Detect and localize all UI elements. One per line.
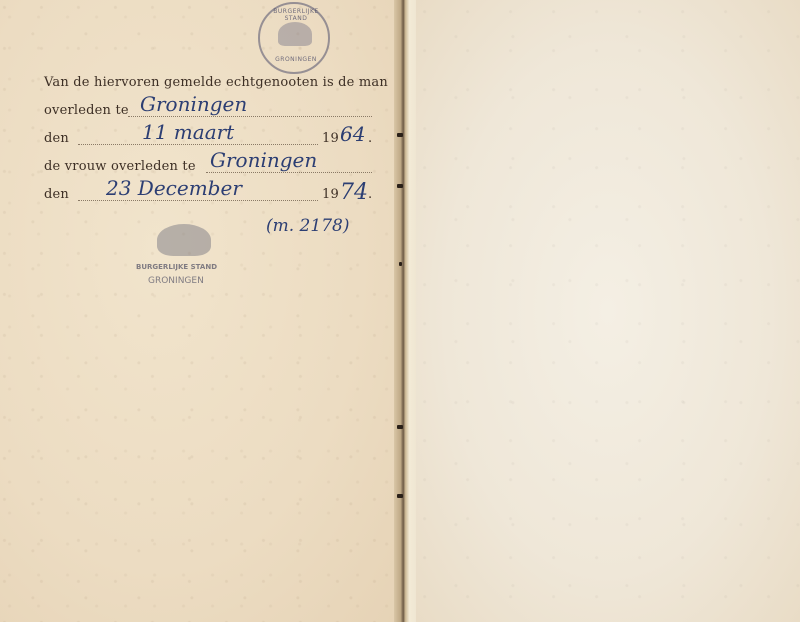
printed-line-intro: Van de hiervoren gemelde echtgenooten is… <box>44 75 388 90</box>
printed-label-woman-date: den <box>44 187 69 202</box>
printed-year-prefix-woman: 19 <box>322 187 339 202</box>
printed-label-woman-place: de vrouw overleden te <box>44 159 196 174</box>
printed-year-prefix-man: 19 <box>322 131 339 146</box>
period: . <box>368 187 372 202</box>
crest-icon <box>278 22 312 46</box>
binding-stitch <box>397 494 403 498</box>
period: . <box>368 131 372 146</box>
dotted-line-woman-place <box>206 172 372 173</box>
binding-stitch <box>399 262 402 266</box>
handwritten-man-year: 64 <box>340 122 365 146</box>
printed-label-man-place: overleden te <box>44 103 129 118</box>
round-stamp: BURGERLIJKE STAND GRONINGEN <box>258 2 330 74</box>
handwritten-man-place: Groningen <box>140 92 247 116</box>
stamp-text-bottom: GRONINGEN <box>266 56 326 63</box>
stamp-text-top: BURGERLIJKE STAND <box>266 8 326 22</box>
stamp-text-line2: GRONINGEN <box>148 276 204 286</box>
handwritten-man-date: 11 maart <box>142 120 234 144</box>
book-gutter <box>394 0 416 622</box>
binding-stitch <box>397 425 403 429</box>
dotted-line-woman-date <box>78 200 318 201</box>
handwritten-woman-year: 74 <box>340 180 368 205</box>
handwritten-woman-date: 23 December <box>106 176 242 200</box>
right-page-blank <box>416 0 800 622</box>
binding-stitch <box>397 133 403 137</box>
dotted-line-man-date <box>78 144 318 145</box>
handwritten-reference: (m. 2178) <box>266 216 349 236</box>
binding-stitch <box>397 184 403 188</box>
handwritten-woman-place: Groningen <box>210 148 317 172</box>
dotted-line-man-place <box>128 116 372 117</box>
left-page: Van de hiervoren gemelde echtgenooten is… <box>0 0 396 622</box>
printed-label-man-date: den <box>44 131 69 146</box>
stamp-text-line1: BURGERLIJKE STAND <box>136 263 217 271</box>
crest-stamp-icon <box>157 224 211 256</box>
